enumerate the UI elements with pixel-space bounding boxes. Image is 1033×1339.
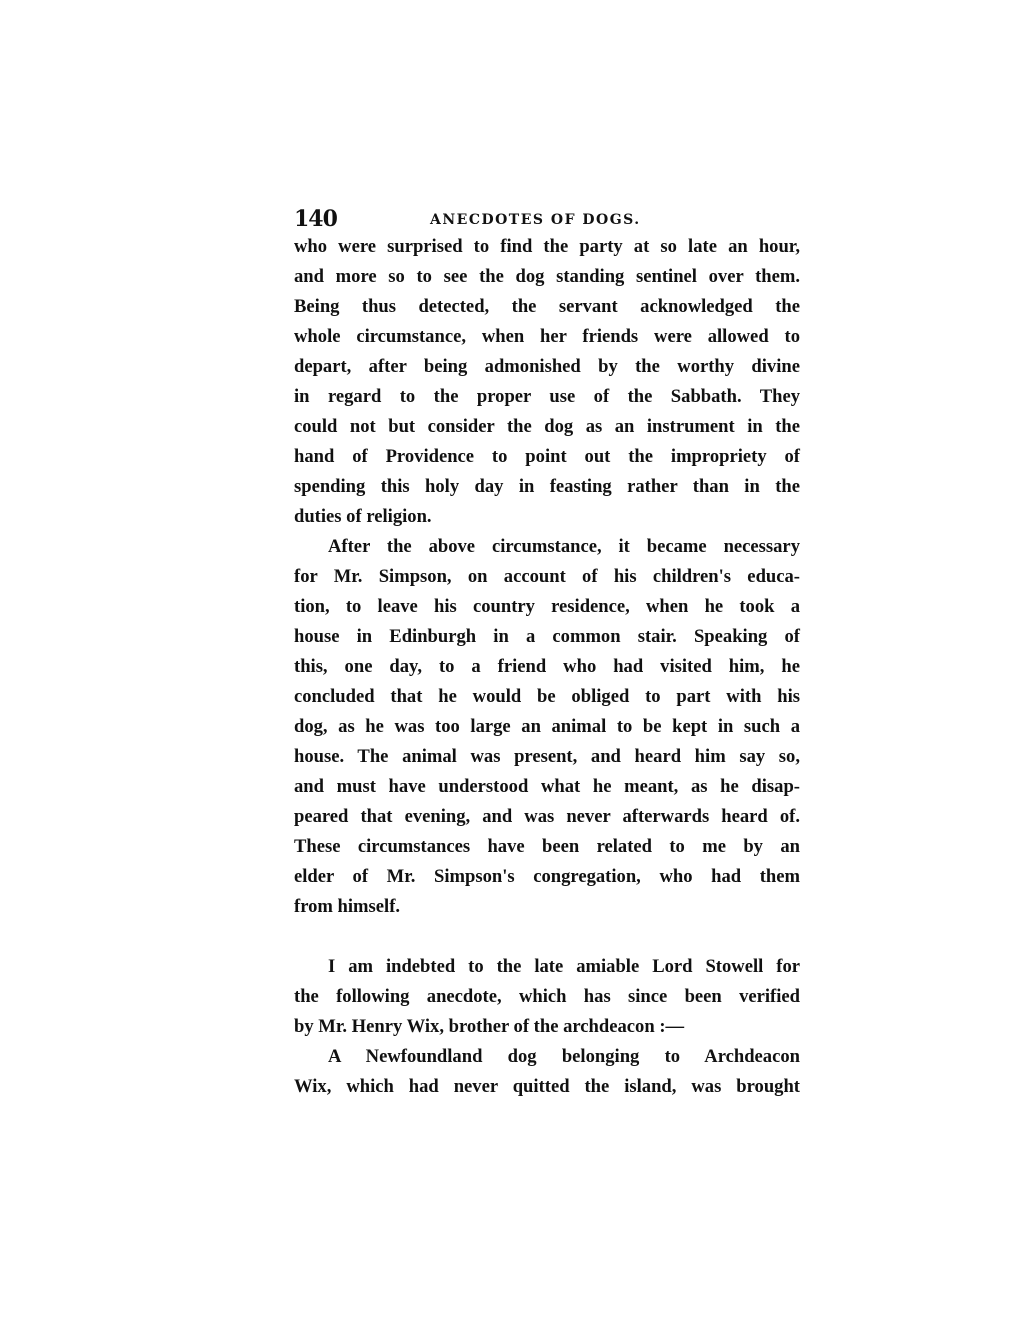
body-text: who were surprised to find the party at … [294, 232, 800, 1102]
paragraph: After the above circumstance, it became … [294, 532, 800, 922]
text-line: house. The animal was present, and heard… [294, 742, 800, 772]
text-line: A Newfoundland dog belonging to Archdeac… [294, 1042, 800, 1072]
text-line: I am indebted to the late amiable Lord S… [294, 952, 800, 982]
running-title: ANECDOTES OF DOGS. [430, 212, 641, 228]
text-line: tion, to leave his country residence, wh… [294, 592, 800, 622]
text-line: who were surprised to find the party at … [294, 232, 800, 262]
text-line: the following anecdote, which has since … [294, 982, 800, 1012]
text-line: could not but consider the dog as an ins… [294, 412, 800, 442]
text-line: elder of Mr. Simpson's congregation, who… [294, 862, 800, 892]
text-line: spending this holy day in feasting rathe… [294, 472, 800, 502]
text-line: depart, after being admonished by the wo… [294, 352, 800, 382]
text-line: house in Edinburgh in a common stair. Sp… [294, 622, 800, 652]
page-number: 140 [294, 206, 337, 232]
paragraph: I am indebted to the late amiable Lord S… [294, 952, 800, 1042]
text-line: from himself. [294, 892, 800, 922]
text-line: in regard to the proper use of the Sabba… [294, 382, 800, 412]
text-line: by Mr. Henry Wix, brother of the archdea… [294, 1012, 800, 1042]
text-line: and more so to see the dog standing sent… [294, 262, 800, 292]
paragraph-gap [294, 922, 800, 952]
text-line: peared that evening, and was never after… [294, 802, 800, 832]
text-line: for Mr. Simpson, on account of his child… [294, 562, 800, 592]
text-line: After the above circumstance, it became … [294, 532, 800, 562]
text-line: whole circumstance, when her friends wer… [294, 322, 800, 352]
text-line: hand of Providence to point out the impr… [294, 442, 800, 472]
text-line: dog, as he was too large an animal to be… [294, 712, 800, 742]
text-line: duties of religion. [294, 502, 800, 532]
text-line: Being thus detected, the servant acknowl… [294, 292, 800, 322]
text-line: These circumstances have been related to… [294, 832, 800, 862]
book-page: 140 ANECDOTES OF DOGS. who were surprise… [0, 0, 1033, 1339]
text-line: this, one day, to a friend who had visit… [294, 652, 800, 682]
paragraph: A Newfoundland dog belonging to Archdeac… [294, 1042, 800, 1102]
text-line: and must have understood what he meant, … [294, 772, 800, 802]
text-line: concluded that he would be obliged to pa… [294, 682, 800, 712]
paragraph: who were surprised to find the party at … [294, 232, 800, 532]
text-line: Wix, which had never quitted the island,… [294, 1072, 800, 1102]
